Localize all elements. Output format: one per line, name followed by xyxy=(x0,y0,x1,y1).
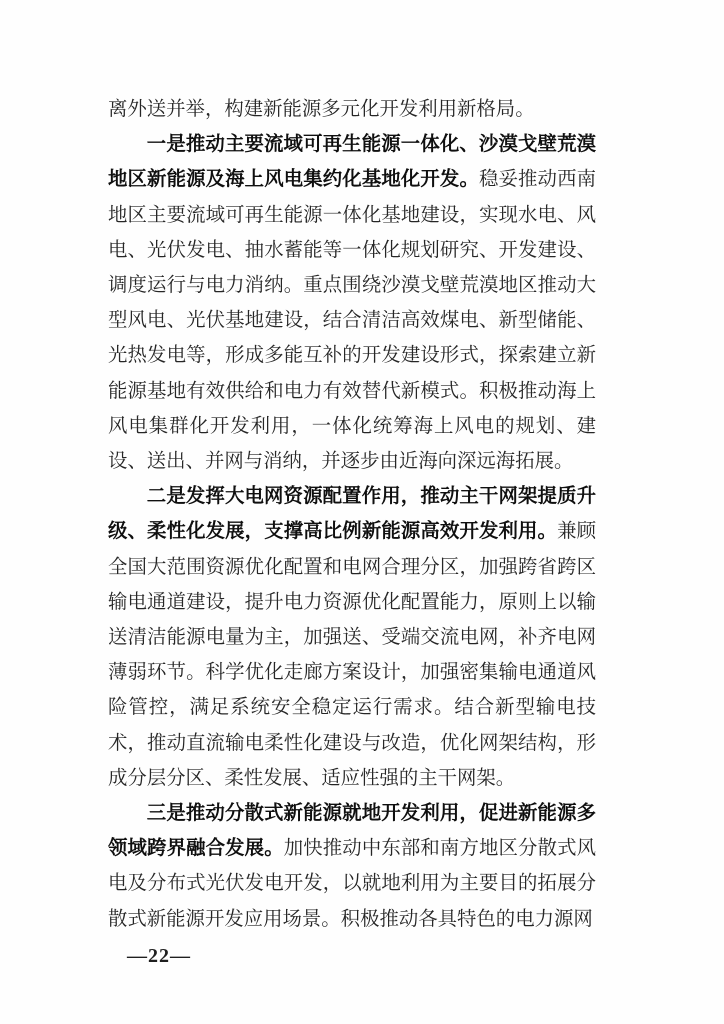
document-body: 离外送并举，构建新能源多元化开发利用新格局。 一是推动主要流域可再生能源一体化、… xyxy=(108,92,596,937)
paragraph-lead-bold: 二是发挥大电网资源配置作用，推动主干网架提质升级、柔性化发展，支撑高比例新能源高… xyxy=(108,486,596,542)
document-page: 离外送并举，构建新能源多元化开发利用新格局。 一是推动主要流域可再生能源一体化、… xyxy=(0,0,724,1024)
paragraph-point-one: 一是推动主要流域可再生能源一体化、沙漠戈壁荒漠地区新能源及海上风电集约化基地化开… xyxy=(108,127,596,479)
paragraph-text: 离外送并举，构建新能源多元化开发利用新格局。 xyxy=(108,99,535,120)
paragraph-point-three: 三是推动分散式新能源就地开发利用，促进新能源多领域跨界融合发展。加快推动中东部和… xyxy=(108,796,596,937)
paragraph-text: 稳妥推动西南地区主要流域可再生能源一体化基地建设，实现水电、风电、光伏发电、抽水… xyxy=(108,169,596,472)
paragraph-continuation: 离外送并举，构建新能源多元化开发利用新格局。 xyxy=(108,92,596,127)
page-number: —22— xyxy=(127,945,191,968)
paragraph-text: 兼顾全国大范围资源优化配置和电网合理分区，加强跨省跨区输电通道建设，提升电力资源… xyxy=(108,521,596,788)
paragraph-point-two: 二是发挥大电网资源配置作用，推动主干网架提质升级、柔性化发展，支撑高比例新能源高… xyxy=(108,479,596,796)
